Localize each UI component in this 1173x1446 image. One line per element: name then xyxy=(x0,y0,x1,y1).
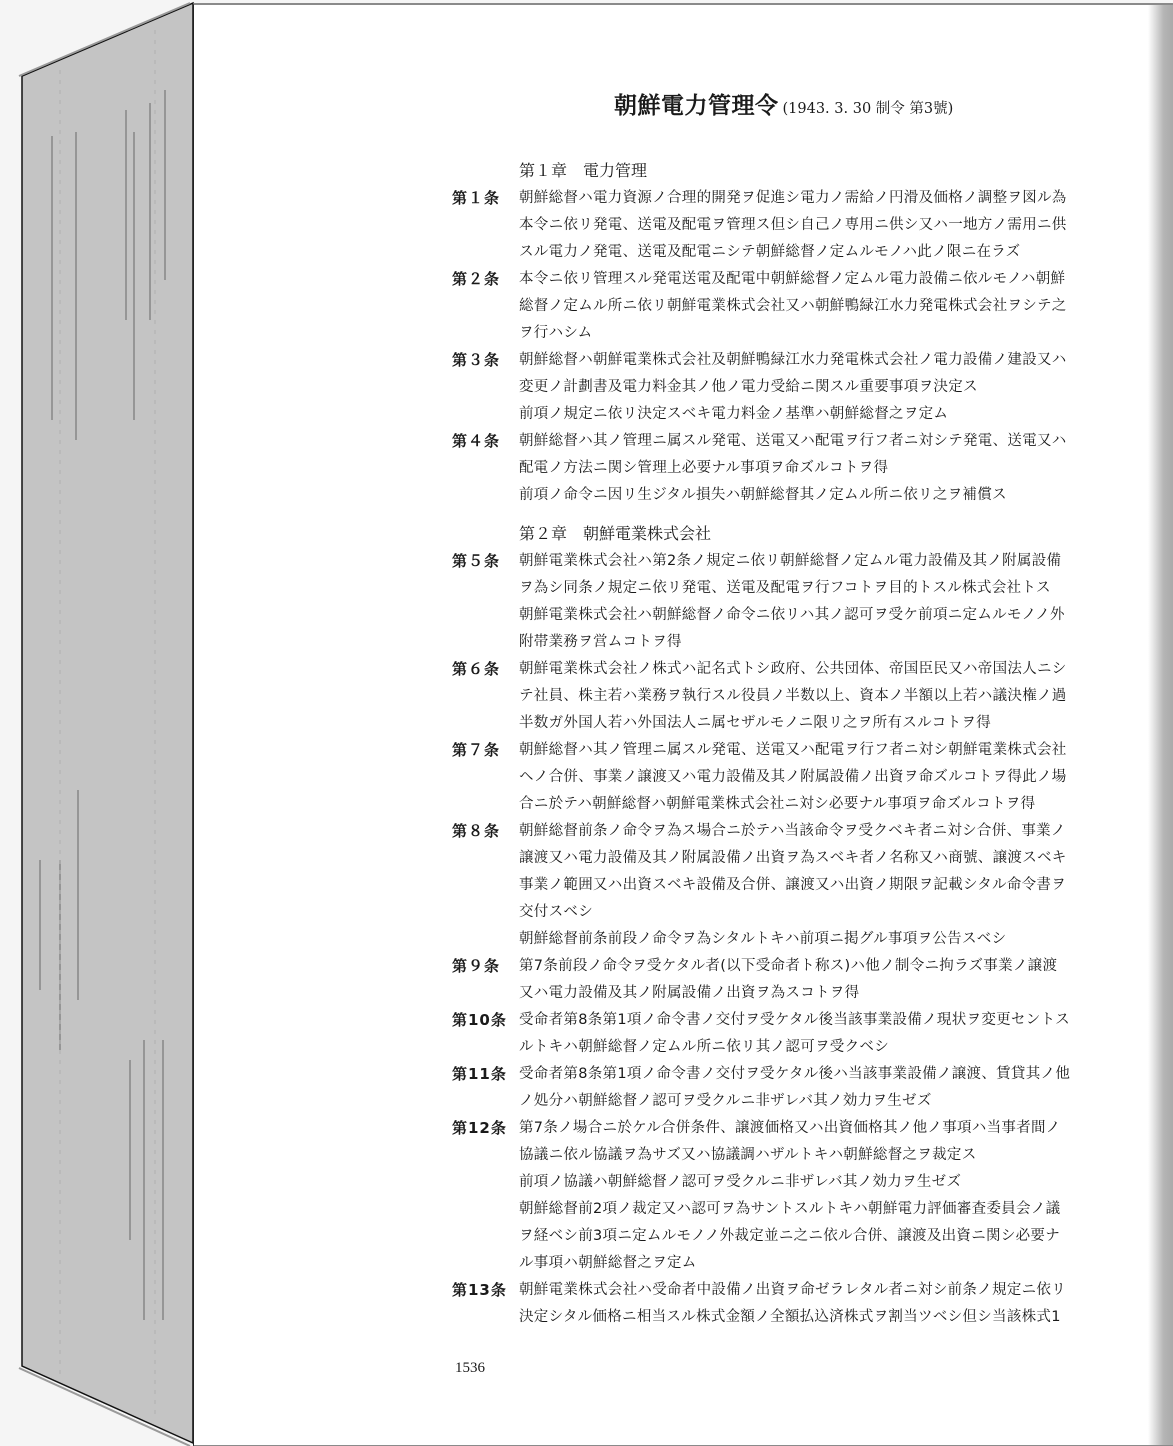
article-label: 第５条 xyxy=(452,548,519,656)
article-line: 朝鮮総督ハ其ノ管理ニ属スル発電、送電又ハ配電ヲ行フ者ニ対シテ発電、送電又ハ xyxy=(519,428,1132,455)
article-line: 配電ノ方法ニ関シ管理上必要ナル事項ヲ命ズルコトヲ得 xyxy=(519,455,1132,482)
article-line: 交付スベシ xyxy=(519,899,1132,926)
article-text: 朝鮮総督ハ電力資源ノ合理的開発ヲ促進シ電力ノ需給ノ円滑及価格ノ調整ヲ図ル為本令ニ… xyxy=(519,185,1132,266)
article-text: 朝鮮総督ハ其ノ管理ニ属スル発電、送電又ハ配電ヲ行フ者ニ対シ朝鮮電業株式会社ヘノ合… xyxy=(519,737,1132,818)
page-edge-shadow xyxy=(1148,5,1173,1445)
article-text: 朝鮮総督前条ノ命令ヲ為ス場合ニ於テハ当該命令ヲ受クベキ者ニ対シ合併、事業ノ譲渡又… xyxy=(519,818,1132,953)
article-label: 第13条 xyxy=(452,1277,519,1331)
article-label: 第12条 xyxy=(452,1115,519,1277)
article-line: ヲ為シ同条ノ規定ニ依リ発電、送電及配電ヲ行フコトヲ目的トスル株式会社トス xyxy=(519,575,1132,602)
document-page: 朝鮮電力管理令 (1943. 3. 30 制令 第3號) 第１章 電力管理第１条… xyxy=(193,3,1173,1446)
article-text: 朝鮮電業株式会社ハ第2条ノ規定ニ依リ朝鮮総督ノ定ムル電力設備及其ノ附属設備ヲ為シ… xyxy=(519,548,1132,656)
article-line: 朝鮮総督ハ其ノ管理ニ属スル発電、送電又ハ配電ヲ行フ者ニ対シ朝鮮電業株式会社 xyxy=(519,737,1132,764)
chapter-heading: 第２章 朝鮮電業株式会社 xyxy=(452,520,1132,548)
article-line: 事業ノ範囲又ハ出資スベキ設備及合併、譲渡又ハ出資ノ期限ヲ記載シタル命令書ヲ xyxy=(519,872,1132,899)
article-label: 第２条 xyxy=(452,266,519,347)
article-text: 朝鮮電業株式会社ハ受命者中設備ノ出資ヲ命ゼラレタル者ニ対シ前条ノ規定ニ依リ決定シ… xyxy=(519,1277,1132,1331)
article-text: 第7条ノ場合ニ於ケル合併条件、譲渡価格又ハ出資価格其ノ他ノ事項ハ当事者間ノ協議ニ… xyxy=(519,1115,1132,1277)
article-line: 受命者第8条第1項ノ命令書ノ交付ヲ受ケタル後ハ当該事業設備ノ譲渡、賃貸其ノ他 xyxy=(519,1061,1132,1088)
article-line: 第7条前段ノ命令ヲ受ケタル者(以下受命者ト称ス)ハ他ノ制令ニ拘ラズ事業ノ譲渡 xyxy=(519,953,1132,980)
article: 第４条朝鮮総督ハ其ノ管理ニ属スル発電、送電又ハ配電ヲ行フ者ニ対シテ発電、送電又ハ… xyxy=(452,428,1132,509)
article: 第13条朝鮮電業株式会社ハ受命者中設備ノ出資ヲ命ゼラレタル者ニ対シ前条ノ規定ニ依… xyxy=(452,1277,1132,1331)
article-text: 受命者第8条第1項ノ命令書ノ交付ヲ受ケタル後当該事業設備ノ現状ヲ変更セントスルト… xyxy=(519,1007,1132,1061)
article-line: ヲ経ベシ前3項ニ定ムルモノノ外裁定並ニ之ニ依ル合併、譲渡及出資ニ関シ必要ナ xyxy=(519,1223,1132,1250)
article: 第７条朝鮮総督ハ其ノ管理ニ属スル発電、送電又ハ配電ヲ行フ者ニ対シ朝鮮電業株式会社… xyxy=(452,737,1132,818)
article-line: 朝鮮電業株式会社ノ株式ハ記名式トシ政府、公共団体、帝国臣民又ハ帝国法人ニシ xyxy=(519,656,1132,683)
article: 第２条本令ニ依リ管理スル発電送電及配電中朝鮮総督ノ定ムル電力設備ニ依ルモノハ朝鮮… xyxy=(452,266,1132,347)
article-text: 本令ニ依リ管理スル発電送電及配電中朝鮮総督ノ定ムル電力設備ニ依ルモノハ朝鮮総督ノ… xyxy=(519,266,1132,347)
article-label: 第11条 xyxy=(452,1061,519,1115)
article-text: 第7条前段ノ命令ヲ受ケタル者(以下受命者ト称ス)ハ他ノ制令ニ拘ラズ事業ノ譲渡又ハ… xyxy=(519,953,1132,1007)
article-line: 又ハ電力設備及其ノ附属設備ノ出資ヲ為スコトヲ得 xyxy=(519,980,1132,1007)
article-line: スル電力ノ発電、送電及配電ニシテ朝鮮総督ノ定ムルモノハ此ノ限ニ在ラズ xyxy=(519,239,1132,266)
article-label: 第10条 xyxy=(452,1007,519,1061)
article-line: 前項ノ協議ハ朝鮮総督ノ認可ヲ受クルニ非ザレバ其ノ効力ヲ生ゼズ xyxy=(519,1169,1132,1196)
book-view: 朝鮮電力管理令 (1943. 3. 30 制令 第3號) 第１章 電力管理第１条… xyxy=(0,0,1173,1446)
article-label: 第９条 xyxy=(452,953,519,1007)
chapter-heading: 第１章 電力管理 xyxy=(452,157,1132,185)
article-label: 第８条 xyxy=(452,818,519,953)
article-label: 第４条 xyxy=(452,428,519,509)
article-line: 前項ノ規定ニ依リ決定スベキ電力料金ノ基準ハ朝鮮総督之ヲ定ム xyxy=(519,401,1132,428)
article-line: 朝鮮総督ハ朝鮮電業株式会社及朝鮮鴨緑江水力発電株式会社ノ電力設備ノ建設又ハ xyxy=(519,347,1132,374)
article-line: ヘノ合併、事業ノ譲渡又ハ電力設備及其ノ附属設備ノ出資ヲ命ズルコトヲ得此ノ場 xyxy=(519,764,1132,791)
article: 第６条朝鮮電業株式会社ノ株式ハ記名式トシ政府、公共団体、帝国臣民又ハ帝国法人ニシ… xyxy=(452,656,1132,737)
article-line: 朝鮮総督前2項ノ裁定又ハ認可ヲ為サントスルトキハ朝鮮電力評価審査委員会ノ議 xyxy=(519,1196,1132,1223)
article-line: 朝鮮総督前条ノ命令ヲ為ス場合ニ於テハ当該命令ヲ受クベキ者ニ対シ合併、事業ノ xyxy=(519,818,1132,845)
document-title-row: 朝鮮電力管理令 (1943. 3. 30 制令 第3號) xyxy=(614,87,953,120)
article-text: 受命者第8条第1項ノ命令書ノ交付ヲ受ケタル後ハ当該事業設備ノ譲渡、賃貸其ノ他ノ処… xyxy=(519,1061,1132,1115)
article-line: ルトキハ朝鮮総督ノ定ムル所ニ依リ其ノ認可ヲ受クベシ xyxy=(519,1034,1132,1061)
article-line: 受命者第8条第1項ノ命令書ノ交付ヲ受ケタル後当該事業設備ノ現状ヲ変更セントス xyxy=(519,1007,1132,1034)
article-line: 朝鮮総督ハ電力資源ノ合理的開発ヲ促進シ電力ノ需給ノ円滑及価格ノ調整ヲ図ル為 xyxy=(519,185,1132,212)
document-body: 第１章 電力管理第１条朝鮮総督ハ電力資源ノ合理的開発ヲ促進シ電力ノ需給ノ円滑及価… xyxy=(452,157,1132,1331)
article-label: 第１条 xyxy=(452,185,519,266)
article-line: 決定シタル価格ニ相当スル株式金額ノ全額払込済株式ヲ割当ツベシ但シ当該株式1 xyxy=(519,1304,1132,1331)
article-line: ル事項ハ朝鮮総督之ヲ定ム xyxy=(519,1250,1132,1277)
article-line: 第7条ノ場合ニ於ケル合併条件、譲渡価格又ハ出資価格其ノ他ノ事項ハ当事者間ノ xyxy=(519,1115,1132,1142)
article-line: 総督ノ定ムル所ニ依リ朝鮮電業株式会社又ハ朝鮮鴨緑江水力発電株式会社ヲシテ之 xyxy=(519,293,1132,320)
article-line: 朝鮮総督前条前段ノ命令ヲ為シタルトキハ前項ニ掲グル事項ヲ公告スベシ xyxy=(519,926,1132,953)
article: 第11条受命者第8条第1項ノ命令書ノ交付ヲ受ケタル後ハ当該事業設備ノ譲渡、賃貸其… xyxy=(452,1061,1132,1115)
article-text: 朝鮮電業株式会社ノ株式ハ記名式トシ政府、公共団体、帝国臣民又ハ帝国法人ニシテ社員… xyxy=(519,656,1132,737)
article: 第３条朝鮮総督ハ朝鮮電業株式会社及朝鮮鴨緑江水力発電株式会社ノ電力設備ノ建設又ハ… xyxy=(452,347,1132,428)
article: 第５条朝鮮電業株式会社ハ第2条ノ規定ニ依リ朝鮮総督ノ定ムル電力設備及其ノ附属設備… xyxy=(452,548,1132,656)
book-spine xyxy=(0,0,200,1446)
article-line: テ社員、株主若ハ業務ヲ執行スル役員ノ半数以上、資本ノ半額以上若ハ議決権ノ過 xyxy=(519,683,1132,710)
article-line: 本令ニ依リ管理スル発電送電及配電中朝鮮総督ノ定ムル電力設備ニ依ルモノハ朝鮮 xyxy=(519,266,1132,293)
article: 第12条第7条ノ場合ニ於ケル合併条件、譲渡価格又ハ出資価格其ノ他ノ事項ハ当事者間… xyxy=(452,1115,1132,1277)
document-title: 朝鮮電力管理令 xyxy=(614,87,779,120)
article: 第１条朝鮮総督ハ電力資源ノ合理的開発ヲ促進シ電力ノ需給ノ円滑及価格ノ調整ヲ図ル為… xyxy=(452,185,1132,266)
article-line: 附帯業務ヲ営ムコトヲ得 xyxy=(519,629,1132,656)
article-line: 半数ガ外国人若ハ外国法人ニ属セザルモノニ限リ之ヲ所有スルコトヲ得 xyxy=(519,710,1132,737)
article-line: 変更ノ計劃書及電力料金其ノ他ノ電力受給ニ関スル重要事項ヲ決定ス xyxy=(519,374,1132,401)
article-text: 朝鮮総督ハ其ノ管理ニ属スル発電、送電又ハ配電ヲ行フ者ニ対シテ発電、送電又ハ配電ノ… xyxy=(519,428,1132,509)
article-line: 前項ノ命令ニ因リ生ジタル損失ハ朝鮮総督其ノ定ムル所ニ依リ之ヲ補償ス xyxy=(519,482,1132,509)
article-line: 協議ニ依ル協議ヲ為サズ又ハ協議調ハザルトキハ朝鮮総督之ヲ裁定ス xyxy=(519,1142,1132,1169)
article: 第８条朝鮮総督前条ノ命令ヲ為ス場合ニ於テハ当該命令ヲ受クベキ者ニ対シ合併、事業ノ… xyxy=(452,818,1132,953)
article-line: 譲渡又ハ電力設備及其ノ附属設備ノ出資ヲ為スベキ者ノ名称又ハ商號、譲渡スベキ xyxy=(519,845,1132,872)
article-line: 朝鮮電業株式会社ハ第2条ノ規定ニ依リ朝鮮総督ノ定ムル電力設備及其ノ附属設備 xyxy=(519,548,1132,575)
document-subtitle: (1943. 3. 30 制令 第3號) xyxy=(783,97,954,118)
article-line: 合ニ於テハ朝鮮総督ハ朝鮮電業株式会社ニ対シ必要ナル事項ヲ命ズルコトヲ得 xyxy=(519,791,1132,818)
article: 第10条受命者第8条第1項ノ命令書ノ交付ヲ受ケタル後当該事業設備ノ現状ヲ変更セン… xyxy=(452,1007,1132,1061)
article-label: 第７条 xyxy=(452,737,519,818)
article-label: 第６条 xyxy=(452,656,519,737)
article-line: 本令ニ依リ発電、送電及配電ヲ管理ス但シ自己ノ専用ニ供シ又ハ一地方ノ需用ニ供 xyxy=(519,212,1132,239)
article-line: 朝鮮電業株式会社ハ受命者中設備ノ出資ヲ命ゼラレタル者ニ対シ前条ノ規定ニ依リ xyxy=(519,1277,1132,1304)
article-line: ノ処分ハ朝鮮総督ノ認可ヲ受クルニ非ザレバ其ノ効力ヲ生ゼズ xyxy=(519,1088,1132,1115)
article: 第９条第7条前段ノ命令ヲ受ケタル者(以下受命者ト称ス)ハ他ノ制令ニ拘ラズ事業ノ譲… xyxy=(452,953,1132,1007)
article-line: ヲ行ハシム xyxy=(519,320,1132,347)
page-number: 1536 xyxy=(455,1360,485,1377)
article-line: 朝鮮電業株式会社ハ朝鮮総督ノ命令ニ依リハ其ノ認可ヲ受ケ前項ニ定ムルモノノ外 xyxy=(519,602,1132,629)
article-text: 朝鮮総督ハ朝鮮電業株式会社及朝鮮鴨緑江水力発電株式会社ノ電力設備ノ建設又ハ変更ノ… xyxy=(519,347,1132,428)
article-label: 第３条 xyxy=(452,347,519,428)
